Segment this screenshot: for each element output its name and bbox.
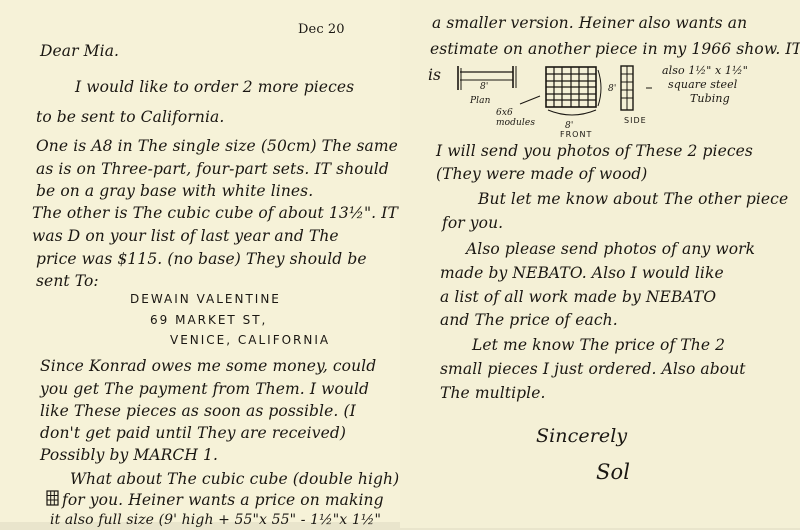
sketch-note: square steel xyxy=(668,78,737,91)
body-line: made by NEBATO. Also I would like xyxy=(440,264,724,282)
body-line: it also full size (9' high + 55"x 55" - … xyxy=(50,512,381,528)
sketch-note: also 1½" x 1½" xyxy=(662,64,748,77)
body-line: don't get paid until They are received) xyxy=(40,424,346,442)
body-line: be on a gray base with white lines. xyxy=(36,182,313,200)
body-line: estimate on another piece in my 1966 sho… xyxy=(430,40,800,58)
sketch-label: SIDE xyxy=(624,116,647,125)
body-line: as is on Three-part, four-part sets. IT … xyxy=(36,160,389,178)
body-line: a list of all work made by NEBATO xyxy=(440,288,716,306)
body-line: I would like to order 2 more pieces xyxy=(75,78,354,96)
closing: Sincerely xyxy=(536,425,627,447)
body-line: Also please send photos of any work xyxy=(466,240,755,258)
address-line: VENICE, CALIFORNIA xyxy=(170,333,330,347)
body-line: like These pieces as soon as possible. (… xyxy=(40,402,356,420)
body-line: sent To: xyxy=(36,272,99,290)
sketch-label: 8' xyxy=(480,82,488,92)
letter-date: Dec 20 xyxy=(298,22,345,37)
sketch-note: Tubing xyxy=(690,92,730,105)
body-line: I will send you photos of These 2 pieces xyxy=(436,142,753,160)
body-line: The multiple. xyxy=(440,384,546,402)
salutation: Dear Mia. xyxy=(40,42,119,60)
body-line: Since Konrad owes me some money, could xyxy=(40,357,376,375)
letter-page-left: Dec 20 Dear Mia. I would like to order 2… xyxy=(0,0,400,522)
body-line: What about The cubic cube (double high) xyxy=(70,470,399,488)
body-line: Let me know The price of The 2 xyxy=(472,336,725,354)
sketch-label: Plan xyxy=(470,96,491,106)
body-line: price was $115. (no base) They should be xyxy=(36,250,367,268)
body-line: Possibly by MARCH 1. xyxy=(40,446,218,464)
body-line: for you. Heiner wants a price on making xyxy=(62,491,384,509)
body-line: But let me know about The other piece xyxy=(478,190,788,208)
body-line: small pieces I just ordered. Also about xyxy=(440,360,746,378)
body-line: for you. xyxy=(442,214,503,232)
sketch-label: FRONT xyxy=(560,130,592,139)
body-line: a smaller version. Heiner also wants an xyxy=(432,14,747,32)
body-line: The other is The cubic cube of about 13½… xyxy=(32,204,398,222)
cube-grid-sketch-icon xyxy=(46,490,60,506)
signature: Sol xyxy=(596,460,630,484)
sketch-label: 8' xyxy=(608,84,616,94)
body-line: is xyxy=(428,66,441,84)
body-line: (They were made of wood) xyxy=(436,165,647,183)
body-line: you get The payment from Them. I would xyxy=(40,380,369,398)
sketch-label: 6x6 modules xyxy=(496,108,538,128)
address-line: 69 MARKET ST, xyxy=(150,313,267,327)
body-line: to be sent to California. xyxy=(36,108,224,126)
body-line: was D on your list of last year and The xyxy=(32,227,339,245)
address-line: DEWAIN VALENTINE xyxy=(130,292,281,306)
body-line: One is A8 in The single size (50cm) The … xyxy=(36,137,398,155)
body-line: and The price of each. xyxy=(440,311,618,329)
letter-page-right: a smaller version. Heiner also wants an … xyxy=(400,0,800,528)
